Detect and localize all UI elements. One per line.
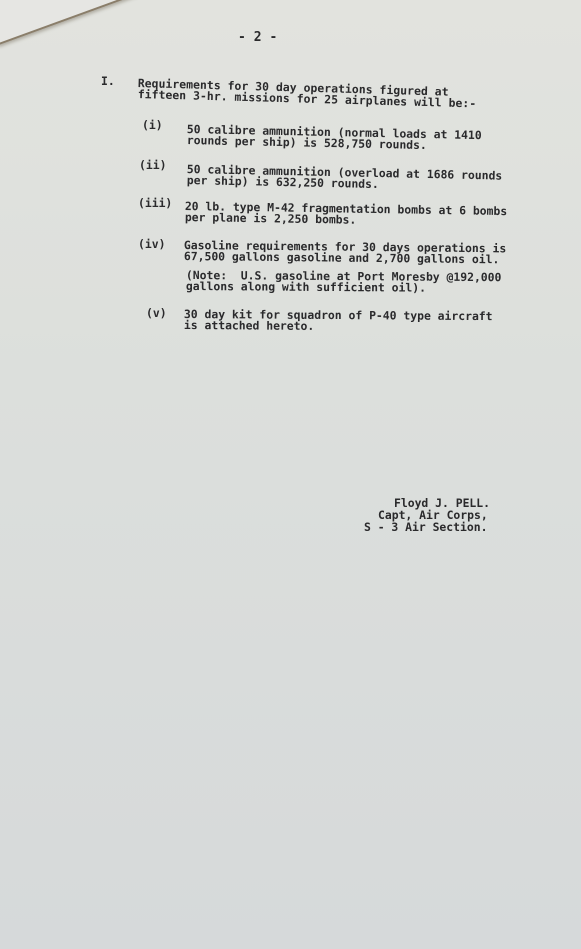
section-marker: I. bbox=[101, 76, 115, 87]
item-note-line: gallons along with sufficient oil). bbox=[186, 279, 426, 295]
signature-unit: S - 3 Air Section. bbox=[364, 520, 487, 534]
item-line: is attached hereto. bbox=[184, 318, 314, 333]
item-line: per plane is 2,250 bombs. bbox=[185, 210, 357, 227]
folded-page-edge bbox=[0, 0, 186, 45]
page-number: - 2 - bbox=[238, 32, 277, 43]
item-line: 67,500 gallons gasoline and 2,700 gallon… bbox=[184, 249, 500, 266]
item-marker: (i) bbox=[142, 118, 163, 132]
item-marker: (ii) bbox=[139, 158, 166, 172]
item-marker: (iv) bbox=[138, 237, 165, 251]
item-marker: (iii) bbox=[138, 196, 172, 210]
item-line: per ship) is 632,250 rounds. bbox=[187, 173, 379, 191]
item-marker: (v) bbox=[146, 306, 167, 320]
